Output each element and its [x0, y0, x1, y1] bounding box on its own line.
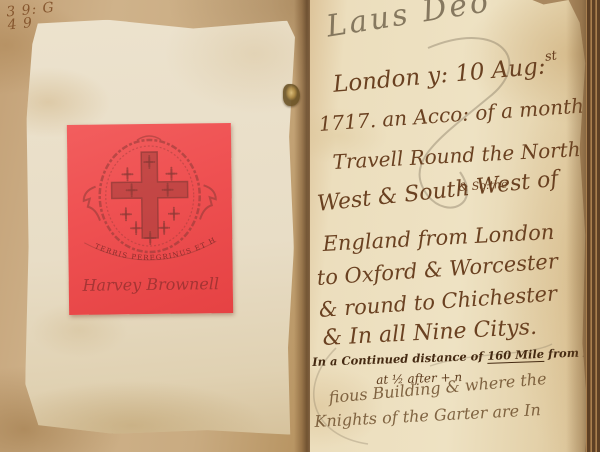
manuscript-line: & In all Nine Citys. [322, 315, 538, 351]
distance-note-pre: In a Continued distance of [312, 349, 487, 369]
manuscript-line: England from London [322, 220, 555, 256]
manuscript-line: London y: 10 Aug: [332, 53, 547, 97]
right-page: Laus Deo st London y: 10 Aug: 1717. an A… [310, 0, 588, 452]
left-page: 3 9: G 4 9 [0, 0, 308, 452]
manuscript-line: 1717. an Acco: of a month [318, 93, 585, 135]
open-book-photo: 3 9: G 4 9 [0, 0, 600, 452]
bookplate: TERRIS PEREGRINUS ET HOSPES Harvey Brown… [67, 123, 233, 315]
distance-note-underlined: 160 Mile [487, 347, 544, 364]
manuscript-line: West & South West of [316, 167, 560, 217]
gilt-clasp-fragment [283, 84, 300, 106]
bookplate-armorial: TERRIS PEREGRINUS ET HOSPES Harvey Brown… [67, 123, 233, 315]
manuscript-heading: Laus Deo [324, 0, 493, 45]
bookplate-owner-name: Harvey Brownell [81, 274, 219, 295]
date-superscript: st [544, 48, 558, 65]
stacked-page-edges [586, 0, 600, 452]
